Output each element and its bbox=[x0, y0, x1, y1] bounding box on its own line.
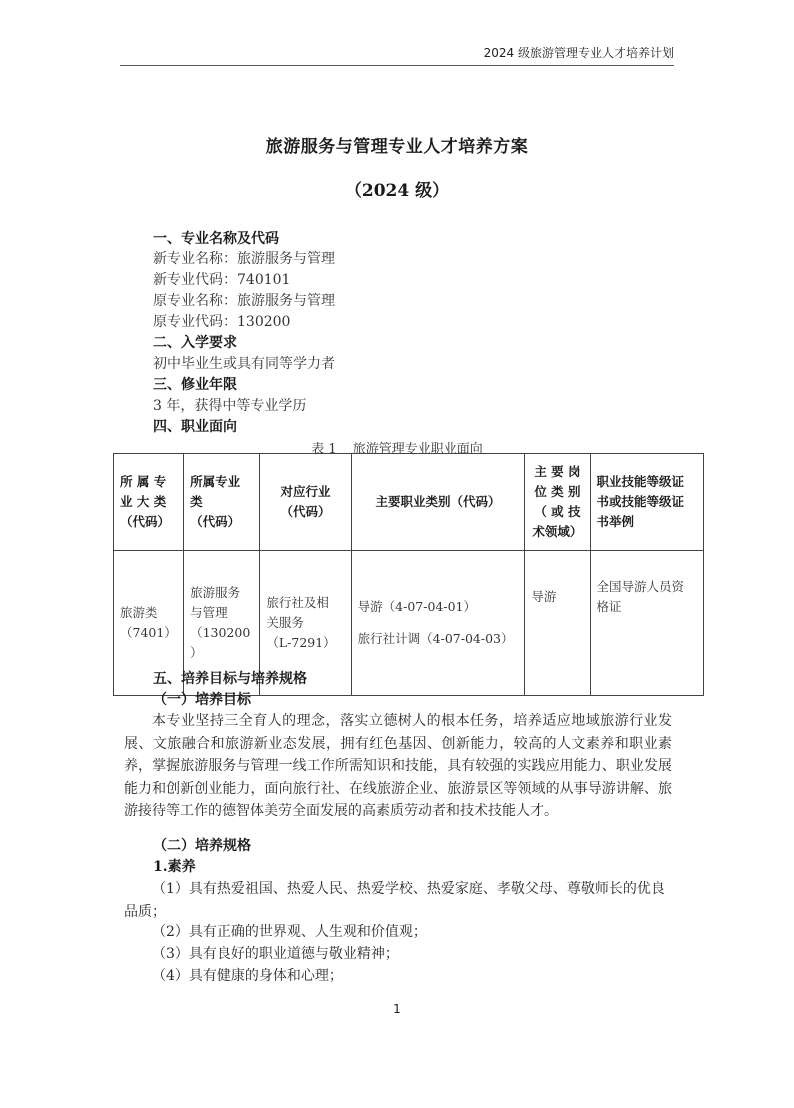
header-major-category: 所 属 专 业 大 类 （代码） bbox=[114, 454, 184, 551]
page-number: 1 bbox=[0, 1002, 794, 1016]
cell-line: 关服务 bbox=[266, 613, 344, 633]
header-occupation: 主要职业类别（代码） bbox=[351, 454, 525, 551]
header-line: 对应行业 bbox=[266, 482, 344, 502]
quality-item-4: （4）具有健康的身体和心理； bbox=[124, 965, 672, 988]
cell-line: ） bbox=[190, 643, 253, 663]
header-certificate: 职业技能等级证 书或技能等级证 书举例 bbox=[590, 454, 703, 551]
cell-line: 导游（4-07-04-01） bbox=[358, 597, 519, 617]
header-line: 主 要 岗 bbox=[531, 462, 583, 482]
header-line: 位 类 别 bbox=[531, 482, 583, 502]
table-header-row: 所 属 专 业 大 类 （代码） 所属专业 类 （代码） 对应行业 （代码） 主… bbox=[114, 454, 704, 551]
header-line: （代码） bbox=[266, 502, 344, 522]
cell-line: 全国导游人员资 bbox=[597, 577, 697, 597]
cell-line: （L-7291） bbox=[266, 633, 344, 653]
header-line: 所 属 专 bbox=[120, 472, 177, 492]
header-line: （代码） bbox=[190, 512, 253, 532]
quality-item-3: （3）具有良好的职业道德与敬业精神； bbox=[124, 943, 672, 966]
document-subtitle: （2024 级） bbox=[0, 176, 794, 201]
section-heading-admission: 二、入学要求 bbox=[153, 333, 237, 353]
header-line: 职业技能等级证 bbox=[597, 472, 697, 492]
cell-line: 旅游类 bbox=[120, 603, 177, 623]
cell-line: 旅行社及相 bbox=[266, 593, 344, 613]
old-major-code: 原专业代码：130200 bbox=[153, 312, 290, 332]
cell-positions: 导游 bbox=[525, 551, 590, 696]
section-heading-major-name-code: 一、专业名称及代码 bbox=[153, 229, 279, 249]
career-orientation-table: 所 属 专 业 大 类 （代码） 所属专业 类 （代码） 对应行业 （代码） 主… bbox=[113, 453, 704, 696]
quality-item-1: （1）具有热爱祖国、热爱人民、热爱学校、热爱家庭、孝敬父母、尊敬师长的优良品质； bbox=[124, 878, 672, 923]
running-header: 2024 级旅游管理专业人才培养计划 bbox=[120, 44, 674, 66]
admission-requirement: 初中毕业生或具有同等学力者 bbox=[153, 354, 335, 374]
header-major-class: 所属专业 类 （代码） bbox=[184, 454, 260, 551]
header-position: 主 要 岗 位 类 别 （ 或 技 术领域） bbox=[525, 454, 590, 551]
new-major-code: 新专业代码：740101 bbox=[153, 270, 290, 290]
header-line: 主要职业类别（代码） bbox=[358, 492, 519, 512]
cell-line: 旅行社计调（4-07-04-03） bbox=[358, 629, 519, 649]
study-duration: 3 年，获得中等专业学历 bbox=[153, 396, 306, 416]
header-line: （代码） bbox=[120, 512, 177, 532]
header-line: （ 或 技 bbox=[531, 502, 583, 522]
subsection-heading-specification: （二）培养规格 bbox=[153, 836, 251, 856]
document-title: 旅游服务与管理专业人才培养方案 bbox=[0, 132, 794, 157]
header-line: 术领域） bbox=[531, 522, 583, 542]
cell-line: 与管理 bbox=[190, 603, 253, 623]
header-industry: 对应行业 （代码） bbox=[260, 454, 351, 551]
new-major-name: 新专业名称：旅游服务与管理 bbox=[153, 249, 335, 269]
cell-line: 旅游服务 bbox=[190, 583, 253, 603]
cell-line: 格证 bbox=[597, 597, 697, 617]
quality-item-2: （2）具有正确的世界观、人生观和价值观； bbox=[124, 921, 672, 944]
header-line: 类 bbox=[190, 492, 253, 512]
cell-line: （130200 bbox=[190, 623, 253, 643]
subsection-heading-goal: （一）培养目标 bbox=[153, 690, 251, 710]
old-major-name: 原专业名称：旅游服务与管理 bbox=[153, 291, 335, 311]
training-goal-paragraph: 本专业坚持三全育人的理念，落实立德树人的根本任务，培养适应地域旅游行业发展、文旅… bbox=[124, 710, 672, 823]
item-heading-quality: 1.素养 bbox=[153, 857, 196, 877]
cell-occupations: 导游（4-07-04-01） 旅行社计调（4-07-04-03） bbox=[351, 551, 525, 696]
section-heading-training-goals: 五、培养目标与培养规格 bbox=[153, 669, 307, 689]
header-line: 书或技能等级证 bbox=[597, 492, 697, 512]
cell-certificates: 全国导游人员资 格证 bbox=[590, 551, 703, 696]
cell-line: （7401） bbox=[120, 623, 177, 643]
section-heading-duration: 三、修业年限 bbox=[153, 375, 237, 395]
header-line: 书举例 bbox=[597, 512, 697, 532]
header-line: 业 大 类 bbox=[120, 492, 177, 512]
section-heading-career-orientation: 四、职业面向 bbox=[153, 417, 237, 437]
header-line: 所属专业 bbox=[190, 472, 253, 492]
